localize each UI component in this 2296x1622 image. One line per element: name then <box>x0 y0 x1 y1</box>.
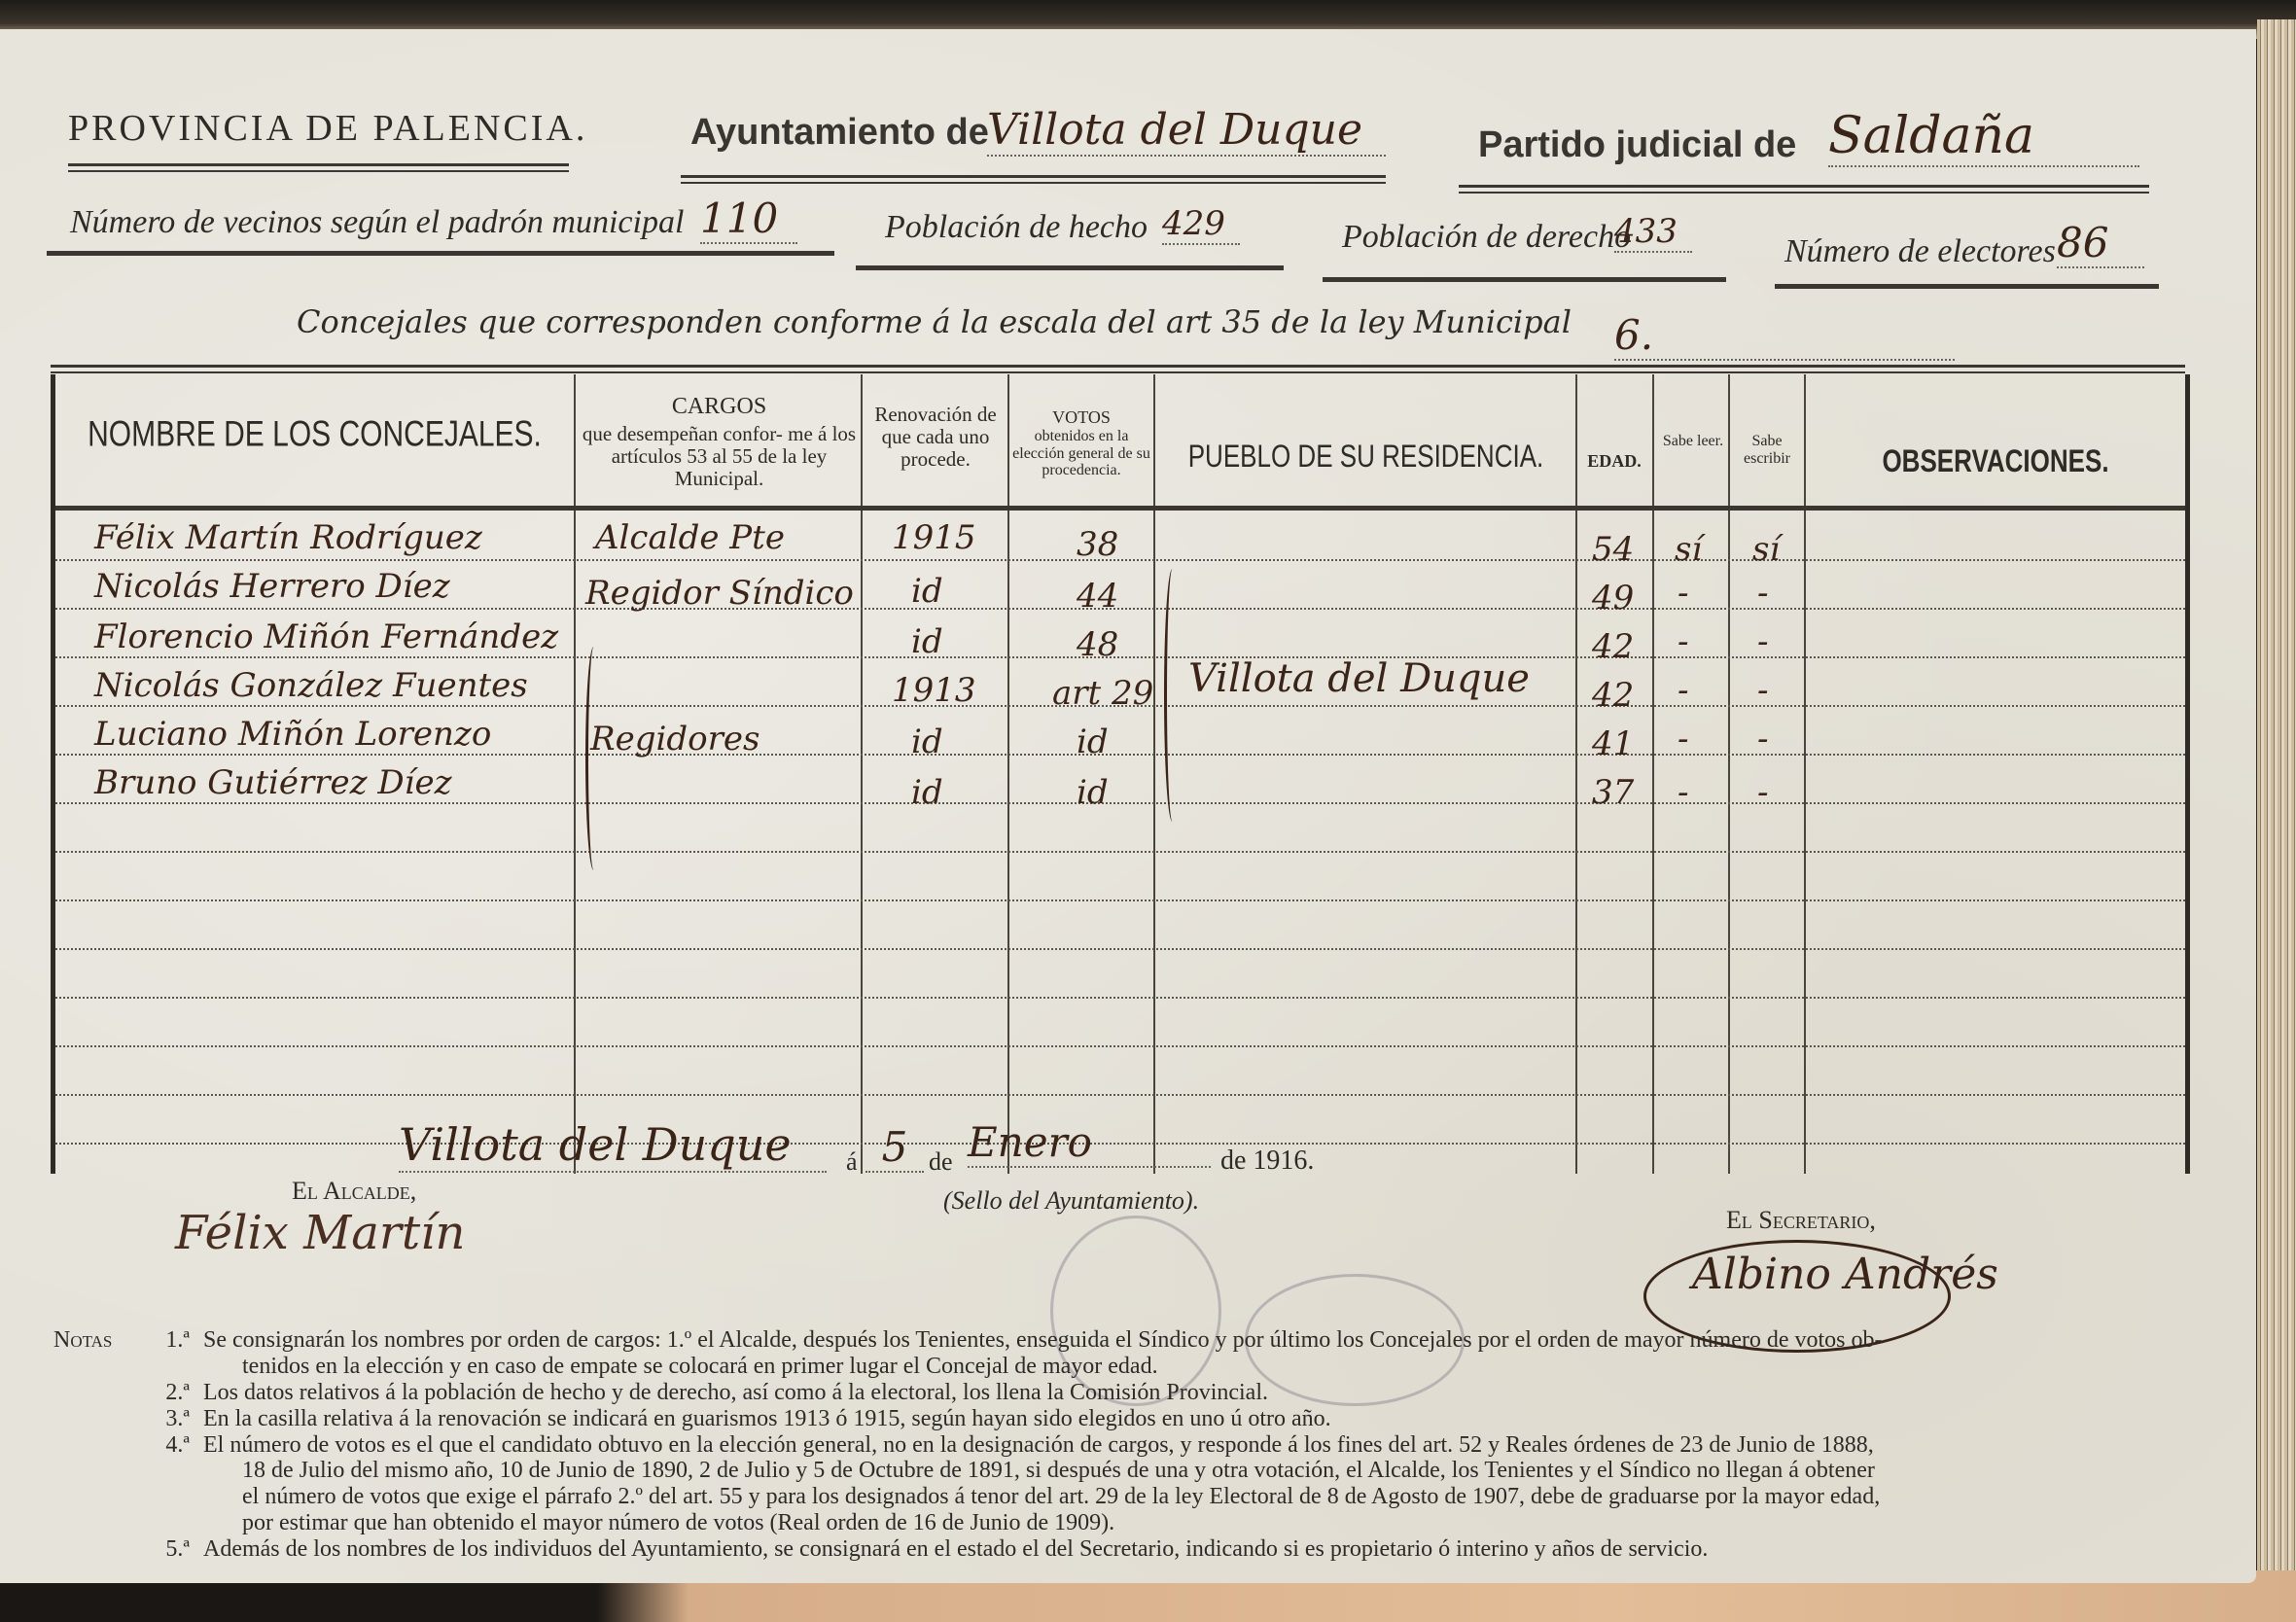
row-line <box>55 1045 2185 1047</box>
header-votos-sub: obtenidos en la elección general de su p… <box>1011 428 1151 479</box>
cell-nombre: Florencio Miñón Fernández <box>94 617 558 656</box>
cell-votos: id <box>1077 773 1109 812</box>
note-number <box>141 1484 203 1510</box>
cell-nombre: Félix Martín Rodríguez <box>94 518 482 557</box>
cell-edad: 37 <box>1592 773 1634 812</box>
cell-leer: - <box>1678 622 1689 661</box>
poblacion-derecho-value: 433 <box>1614 212 1692 253</box>
footer-month: Enero <box>968 1118 1211 1168</box>
footer-place: Villota del Duque <box>399 1118 827 1173</box>
concejales-label: Concejales que corresponden conforme á l… <box>297 303 1572 340</box>
cell-escribir: - <box>1757 671 1769 710</box>
header-nombre: NOMBRE DE LOS CONCEJALES. <box>55 414 574 454</box>
header-votos-title: VOTOS <box>1011 408 1151 428</box>
note-row: 5.ªAdemás de los nombres de los individu… <box>53 1536 2193 1563</box>
row-line <box>55 948 2185 950</box>
column-divider <box>1007 374 1009 1174</box>
alcalde-signature: Félix Martín <box>175 1206 465 1260</box>
note-number <box>141 1458 203 1484</box>
row-line <box>55 754 2185 756</box>
cell-leer: - <box>1678 671 1689 710</box>
divider <box>51 365 2185 373</box>
row-line <box>55 899 2185 901</box>
brace <box>585 647 602 870</box>
header-escribir: Sabe escribir <box>1732 433 1802 467</box>
row-line <box>55 802 2185 804</box>
divider <box>68 163 569 172</box>
column-divider <box>1575 374 1577 1174</box>
poblacion-hecho-label: Población de hecho <box>885 209 1148 246</box>
cell-leer: - <box>1678 720 1689 758</box>
secretario-label: El Secretario, <box>1726 1206 1876 1235</box>
province-title: PROVINCIA DE PALENCIA. <box>68 107 587 150</box>
cell-renovacion: 1915 <box>892 518 976 557</box>
cell-escribir: sí <box>1752 530 1780 569</box>
ayuntamiento-label: Ayuntamiento de <box>690 112 989 154</box>
note-text: Además de los nombres de los individuos … <box>203 1536 1708 1563</box>
footer-de: de <box>929 1147 953 1177</box>
cell-votos: art 29 <box>1052 674 1153 713</box>
poblacion-derecho-label: Población de derecho <box>1342 219 1631 256</box>
cell-renovacion: id <box>911 622 943 661</box>
cell-nombre: Nicolás González Fuentes <box>94 666 528 705</box>
header-leer: Sabe leer. <box>1660 433 1726 450</box>
divider <box>1775 284 2159 289</box>
header-divider <box>55 506 2185 511</box>
note-row: por estimar que han obtenido el mayor nú… <box>53 1510 2193 1536</box>
column-divider <box>1153 374 1155 1174</box>
cell-edad: 54 <box>1592 530 1634 569</box>
note-row: tenidos en la elección y en caso de empa… <box>53 1354 2193 1380</box>
note-text: Los datos relativos á la población de he… <box>203 1380 1268 1406</box>
note-row: 2.ªLos datos relativos á la población de… <box>53 1380 2193 1406</box>
cell-cargo: Regidor Síndico <box>585 574 854 613</box>
row-line <box>55 608 2185 610</box>
cell-nombre: Luciano Miñón Lorenzo <box>94 715 491 754</box>
cell-edad: 41 <box>1592 724 1634 763</box>
cell-cargo: Regidores <box>590 720 759 758</box>
column-divider <box>1728 374 1730 1174</box>
notes-section: Notas 1.ª Se consignarán los nombres por… <box>53 1327 2193 1563</box>
header-edad: EDAD. <box>1577 452 1651 472</box>
partido-label: Partido judicial de <box>1478 124 1796 166</box>
page-edges <box>2257 19 2296 1614</box>
note-text: En la casilla relativa á la renovación s… <box>203 1406 1331 1432</box>
column-divider <box>1652 374 1654 1174</box>
alcalde-label: El Alcalde, <box>292 1177 416 1206</box>
cell-votos: 44 <box>1077 577 1118 616</box>
note-number: 5.ª <box>141 1536 203 1563</box>
note-number: 1.ª <box>141 1327 203 1354</box>
cell-cargo: Alcalde Pte <box>595 518 785 557</box>
cell-leer: - <box>1678 574 1689 613</box>
row-line <box>55 1094 2185 1096</box>
cell-nombre: Nicolás Herrero Díez <box>94 567 450 606</box>
cell-edad: 49 <box>1592 579 1634 617</box>
note-text: el número de votos que exige el párrafo … <box>203 1484 1880 1510</box>
ayuntamiento-value: Villota del Duque <box>987 105 1386 157</box>
note-number <box>141 1354 203 1380</box>
vecinos-value: 110 <box>700 194 797 244</box>
divider <box>681 175 1386 184</box>
secretario-signature: Albino Andrés <box>1692 1250 1998 1299</box>
note-row: 3.ªEn la casilla relativa á la renovació… <box>53 1406 2193 1432</box>
divider <box>1459 185 2149 194</box>
cell-renovacion: id <box>911 773 943 812</box>
header-observaciones: OBSERVACIONES. <box>1806 443 2185 478</box>
note-row: Notas 1.ª Se consignarán los nombres por… <box>53 1327 2193 1354</box>
row-line <box>55 997 2185 999</box>
sello-label: (Sello del Ayuntamiento). <box>943 1186 1199 1216</box>
row-line <box>55 559 2185 561</box>
cell-edad: 42 <box>1592 676 1634 715</box>
row-line <box>55 656 2185 658</box>
note-row: 18 de Julio del mismo año, 10 de Junio d… <box>53 1458 2193 1484</box>
document-page: PROVINCIA DE PALENCIA. Ayuntamiento de V… <box>0 29 2256 1583</box>
cell-renovacion: id <box>911 572 943 611</box>
header-cargos-title: CARGOS <box>581 394 858 419</box>
notes-label: Notas <box>53 1327 141 1354</box>
electores-value: 86 <box>2057 219 2144 268</box>
cell-edad: 42 <box>1592 627 1634 666</box>
note-row: 4.ªEl número de votos es el que el candi… <box>53 1432 2193 1459</box>
cell-leer: - <box>1678 773 1689 812</box>
cell-nombre: Bruno Gutiérrez Díez <box>94 763 452 802</box>
partido-value: Saldaña <box>1828 107 2139 167</box>
note-text: Se consignarán los nombres por orden de … <box>203 1327 1883 1354</box>
column-divider <box>574 374 576 1174</box>
cell-escribir: - <box>1757 720 1769 758</box>
cell-escribir: - <box>1757 622 1769 661</box>
note-number: 3.ª <box>141 1406 203 1432</box>
note-text: por estimar que han obtenido el mayor nú… <box>203 1510 1114 1536</box>
concejales-value: 6. <box>1614 311 1955 361</box>
poblacion-hecho-value: 429 <box>1162 204 1240 245</box>
note-number <box>141 1510 203 1536</box>
divider <box>1323 277 1726 282</box>
electores-label: Número de electores <box>1784 233 2056 270</box>
cell-votos: 38 <box>1077 525 1118 564</box>
note-text: tenidos en la elección y en caso de empa… <box>203 1354 1158 1380</box>
column-divider <box>1804 374 1806 1174</box>
cell-votos: 48 <box>1077 625 1118 664</box>
divider <box>47 251 834 256</box>
cell-pueblo: Villota del Duque <box>1188 656 1530 701</box>
header-pueblo: PUEBLO DE SU RESIDENCIA. <box>1159 439 1572 474</box>
cell-renovacion: id <box>911 723 943 761</box>
brace <box>1164 569 1181 822</box>
cell-votos: id <box>1077 723 1109 761</box>
note-row: el número de votos que exige el párrafo … <box>53 1484 2193 1510</box>
header-renovacion: Renovación de que cada uno procede. <box>865 404 1006 471</box>
cell-escribir: - <box>1757 574 1769 613</box>
column-divider <box>861 374 863 1174</box>
cell-renovacion: 1913 <box>892 671 976 710</box>
concejales-table: NOMBRE DE LOS CONCEJALES. CARGOS que des… <box>51 374 2190 1174</box>
vecinos-label: Número de vecinos según el padrón munici… <box>70 204 684 241</box>
note-number: 2.ª <box>141 1380 203 1406</box>
row-line <box>55 851 2185 853</box>
header-cargos-sub: que desempeñan confor- me á los artículo… <box>581 423 858 490</box>
footer-a: á <box>846 1147 858 1177</box>
cell-escribir: - <box>1757 773 1769 812</box>
footer-year: de 1916. <box>1220 1146 1314 1177</box>
note-number: 4.ª <box>141 1432 203 1459</box>
divider <box>856 265 1284 270</box>
note-text: 18 de Julio del mismo año, 10 de Junio d… <box>203 1458 1875 1484</box>
footer-day: 5 <box>865 1123 924 1173</box>
note-text: El número de votos es el que el candidat… <box>203 1432 1874 1459</box>
cell-leer: sí <box>1675 530 1702 569</box>
